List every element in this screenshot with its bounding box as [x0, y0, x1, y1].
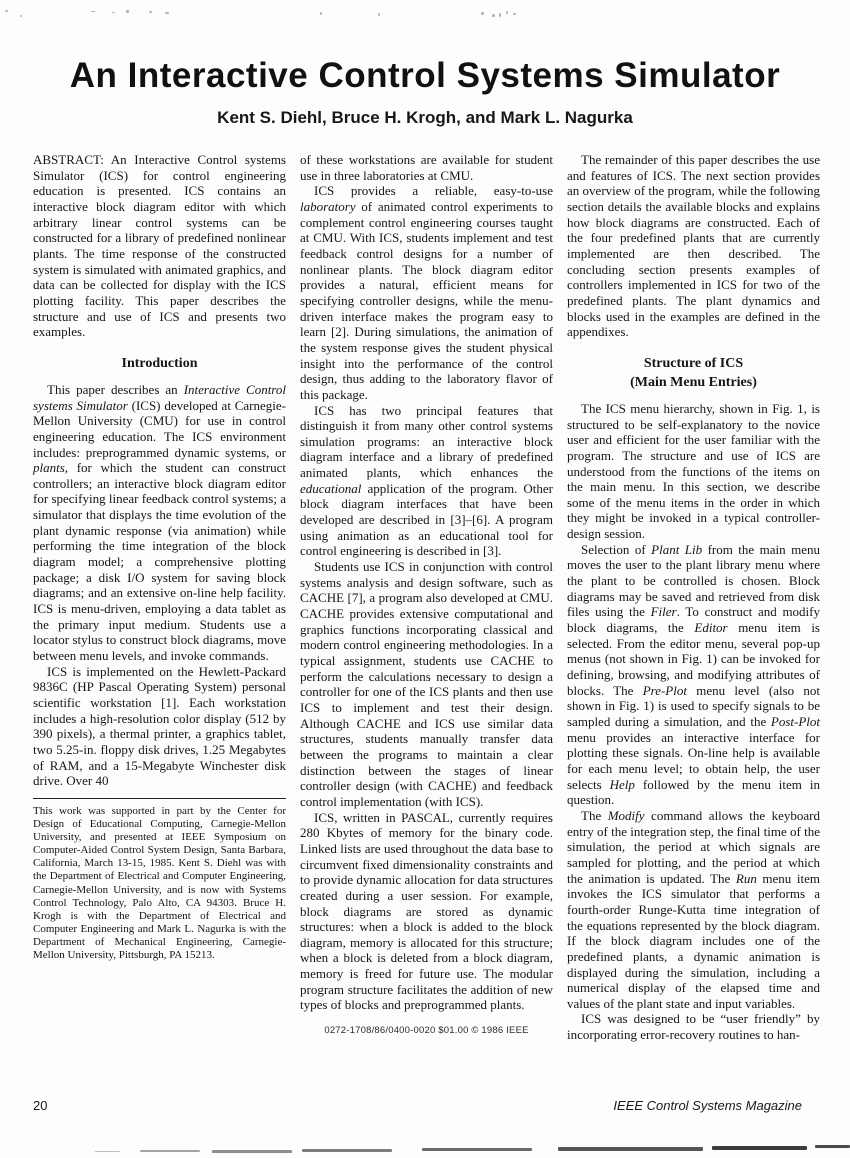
- scan-bar-segment: [422, 1148, 532, 1151]
- article-columns: ABSTRACT: An Interactive Control systems…: [33, 152, 820, 1043]
- scan-bar-segment: [558, 1147, 703, 1151]
- scan-speck: [513, 13, 516, 15]
- body-paragraph: This paper describes an Interactive Cont…: [33, 382, 286, 664]
- body-paragraph: ICS has two principal features that dist…: [300, 403, 553, 560]
- paper-authors: Kent S. Diehl, Bruce H. Krogh, and Mark …: [0, 108, 850, 128]
- body-paragraph: ICS provides a reliable, easy-to-use lab…: [300, 183, 553, 402]
- journal-footer: IEEE Control Systems Magazine: [613, 1098, 802, 1113]
- scan-bar-segment: [712, 1146, 807, 1150]
- body-paragraph: The Modify command allows the keyboard e…: [567, 808, 820, 1012]
- body-paragraph: ICS, written in PASCAL, currently requir…: [300, 810, 553, 1014]
- scan-speck: [492, 14, 495, 17]
- scan-bar-segment: [140, 1150, 200, 1152]
- scan-speck: [149, 11, 152, 13]
- body-paragraph: ICS was designed to be “user friendly” b…: [567, 1011, 820, 1042]
- footnote-text: This work was supported in part by the C…: [33, 805, 286, 962]
- scan-bar-segment: [212, 1150, 292, 1153]
- section-heading-structure: Structure of ICS (Main Menu Entries): [567, 354, 820, 392]
- scan-speck: [20, 15, 22, 17]
- scan-bar-segment: [815, 1145, 850, 1148]
- paper-page: An Interactive Control Systems Simulator…: [0, 0, 850, 1158]
- column-3: The remainder of this paper describes th…: [567, 152, 820, 1043]
- scan-bar-segment: [302, 1149, 392, 1152]
- scan-speck: [112, 12, 115, 13]
- body-paragraph: The remainder of this paper describes th…: [567, 152, 820, 340]
- scan-speck: [165, 12, 169, 14]
- scan-speck: [126, 10, 129, 13]
- column-1: ABSTRACT: An Interactive Control systems…: [33, 152, 286, 1043]
- page-number: 20: [33, 1098, 47, 1113]
- copyright-line: 0272-1708/86/0400-0020 $01.00 © 1986 IEE…: [300, 1023, 553, 1039]
- body-paragraph: ICS is implemented on the Hewlett-Packar…: [33, 664, 286, 789]
- scan-speck: [320, 12, 322, 15]
- scan-speck: [481, 12, 484, 15]
- scan-speck: [91, 11, 95, 12]
- scan-speck: [499, 13, 501, 17]
- body-paragraph: Selection of Plant Lib from the main men…: [567, 542, 820, 808]
- column-2: of these workstations are available for …: [300, 152, 553, 1043]
- section-heading-introduction: Introduction: [33, 354, 286, 373]
- scan-speck: [378, 13, 380, 16]
- scan-speck: [5, 10, 8, 12]
- section-heading-line1: Structure of ICS: [567, 354, 820, 373]
- scan-bar-segment: [95, 1151, 120, 1152]
- abstract-paragraph: ABSTRACT: An Interactive Control systems…: [33, 152, 286, 340]
- section-heading-line2: (Main Menu Entries): [567, 373, 820, 392]
- body-paragraph-continuation: of these workstations are available for …: [300, 152, 553, 183]
- scan-speck: [506, 11, 508, 14]
- body-paragraph: Students use ICS in conjunction with con…: [300, 559, 553, 810]
- body-paragraph: The ICS menu hierarchy, shown in Fig. 1,…: [567, 401, 820, 542]
- footnote-rule: [33, 798, 286, 799]
- paper-title: An Interactive Control Systems Simulator: [0, 56, 850, 96]
